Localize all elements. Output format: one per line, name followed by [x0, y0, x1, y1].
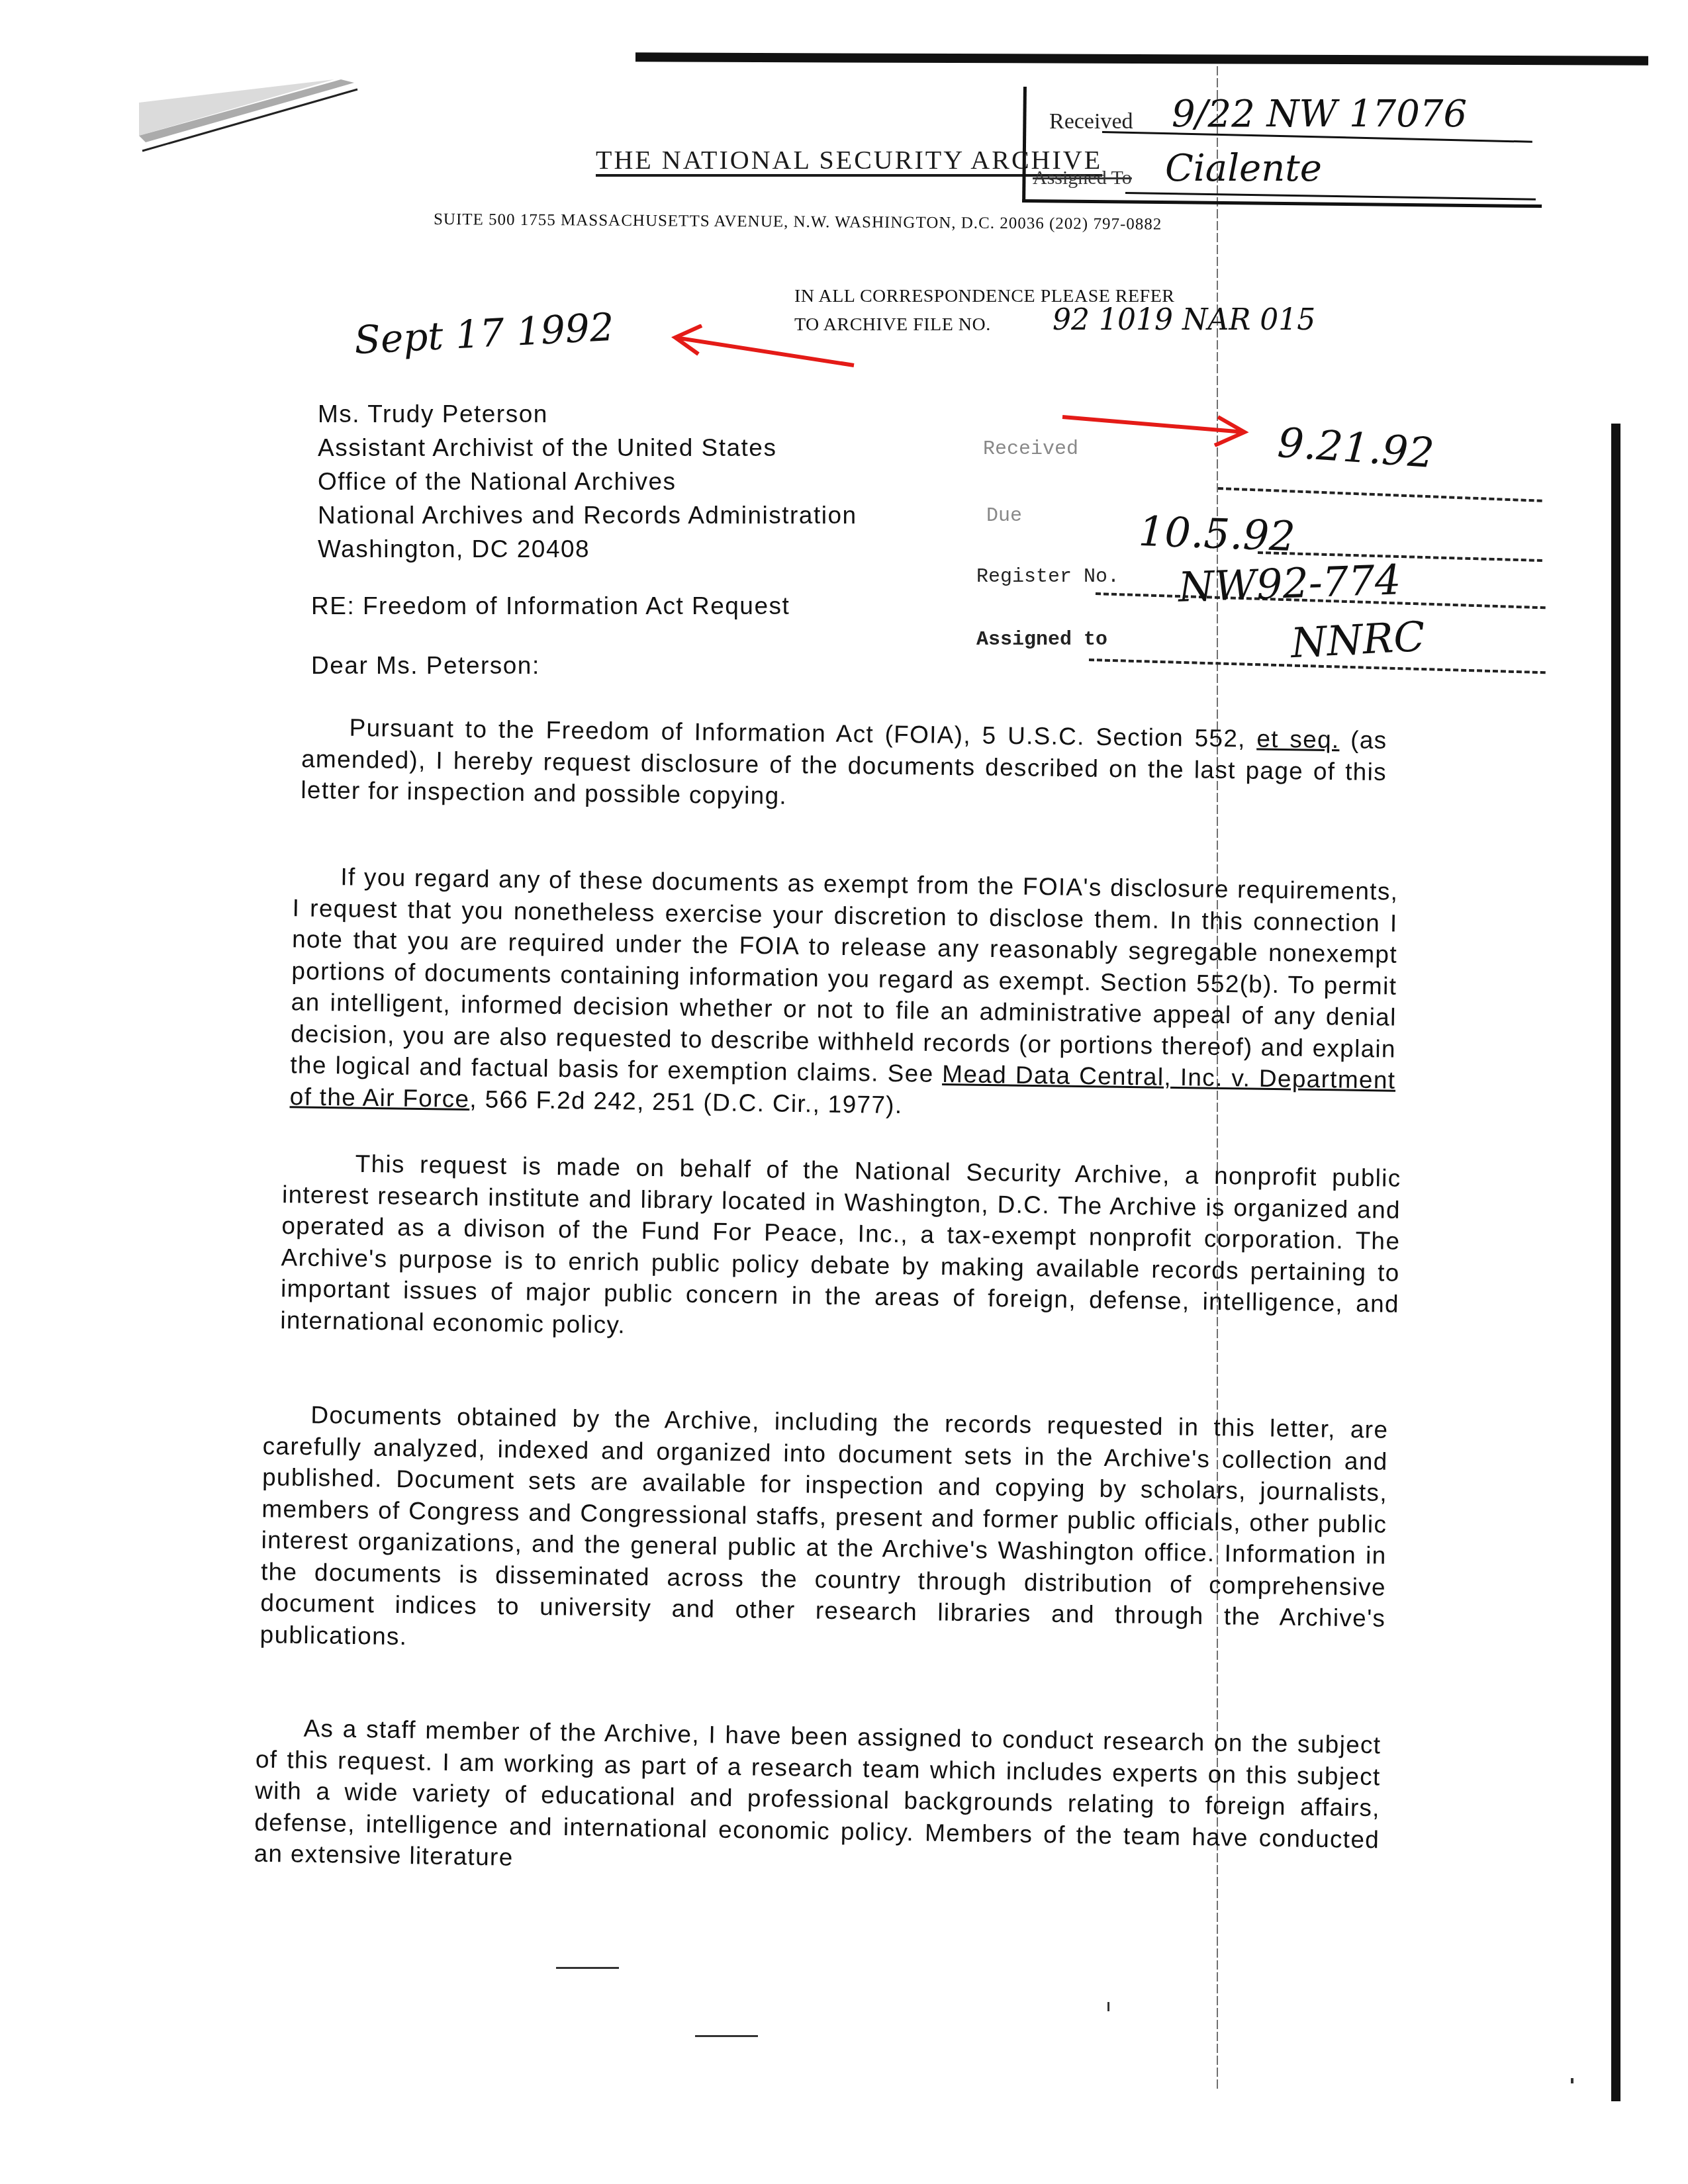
- addressee-agency: National Archives and Records Administra…: [318, 498, 857, 532]
- scan-speck: [1571, 2078, 1573, 2083]
- citation-et-seq: et seq.: [1256, 725, 1340, 754]
- stamp-received-label: Received: [1049, 109, 1133, 134]
- paragraph-foia-request: Pursuant to the Freedom of Information A…: [301, 711, 1387, 819]
- addressee-office: Office of the National Archives: [318, 465, 857, 498]
- subject-line: RE: Freedom of Information Act Request: [311, 592, 790, 620]
- red-arrow-left-icon: [662, 324, 861, 371]
- paragraph-staff-research: As a staff member of the Archive, I have…: [254, 1712, 1382, 1887]
- form-received-line: [1218, 487, 1542, 502]
- paragraph-text: As a staff member of the Archive, I have…: [254, 1715, 1381, 1871]
- paragraph-archive-description: This request is made on behalf of the Na…: [280, 1147, 1401, 1351]
- form-received-value: 9.21.92: [1276, 418, 1436, 477]
- form-due-label: Due: [986, 505, 1022, 527]
- form-received-label: Received: [983, 438, 1078, 461]
- stamp-assigned-label: Assigned To: [1033, 167, 1132, 189]
- corner-scan-mark: [136, 73, 361, 152]
- addressee-city: Washington, DC 20408: [318, 532, 857, 566]
- paragraph-text: If you regard any of these documents as …: [290, 863, 1398, 1087]
- paragraph-text: , 566 F.2d 242, 251 (D.C. Cir., 1977).: [469, 1085, 903, 1118]
- form-register-value: NW92-774: [1178, 555, 1401, 612]
- handwritten-date: Sept 17 1992: [353, 304, 615, 363]
- stamp-received-value: 9/22 NW 17076: [1172, 93, 1467, 136]
- letterhead-address: SUITE 500 1755 MASSACHUSETTS AVENUE, N.W…: [434, 210, 1162, 234]
- addressee-title: Assistant Archivist of the United States: [318, 431, 857, 465]
- addressee-block: Ms. Trudy Peterson Assistant Archivist o…: [318, 397, 857, 566]
- scan-speck: [695, 2035, 758, 2037]
- right-border-rule: [1611, 424, 1620, 2101]
- form-assigned-label: Assigned to: [976, 629, 1107, 651]
- form-due-value: 10.5.92: [1138, 507, 1296, 561]
- paragraph-document-usage: Documents obtained by the Archive, inclu…: [259, 1398, 1388, 1666]
- top-border-rule: [635, 52, 1648, 65]
- paragraph-exemptions: If you regard any of these documents as …: [289, 860, 1398, 1127]
- salutation: Dear Ms. Peterson:: [311, 652, 540, 680]
- scan-speck: [556, 1967, 619, 1969]
- addressee-name: Ms. Trudy Peterson: [318, 397, 857, 431]
- scan-speck: [1107, 2002, 1109, 2011]
- form-register-label: Register No.: [976, 566, 1119, 588]
- reference-file-number: 92 1019 NAR 015: [1053, 303, 1315, 337]
- form-assigned-value: NNRC: [1289, 612, 1426, 668]
- paragraph-text: This request is made on behalf of the Na…: [280, 1150, 1401, 1338]
- red-arrow-right-icon: [1059, 407, 1258, 447]
- stamp-assigned-value: Cialente: [1165, 147, 1322, 190]
- paragraph-text: Documents obtained by the Archive, inclu…: [259, 1401, 1388, 1650]
